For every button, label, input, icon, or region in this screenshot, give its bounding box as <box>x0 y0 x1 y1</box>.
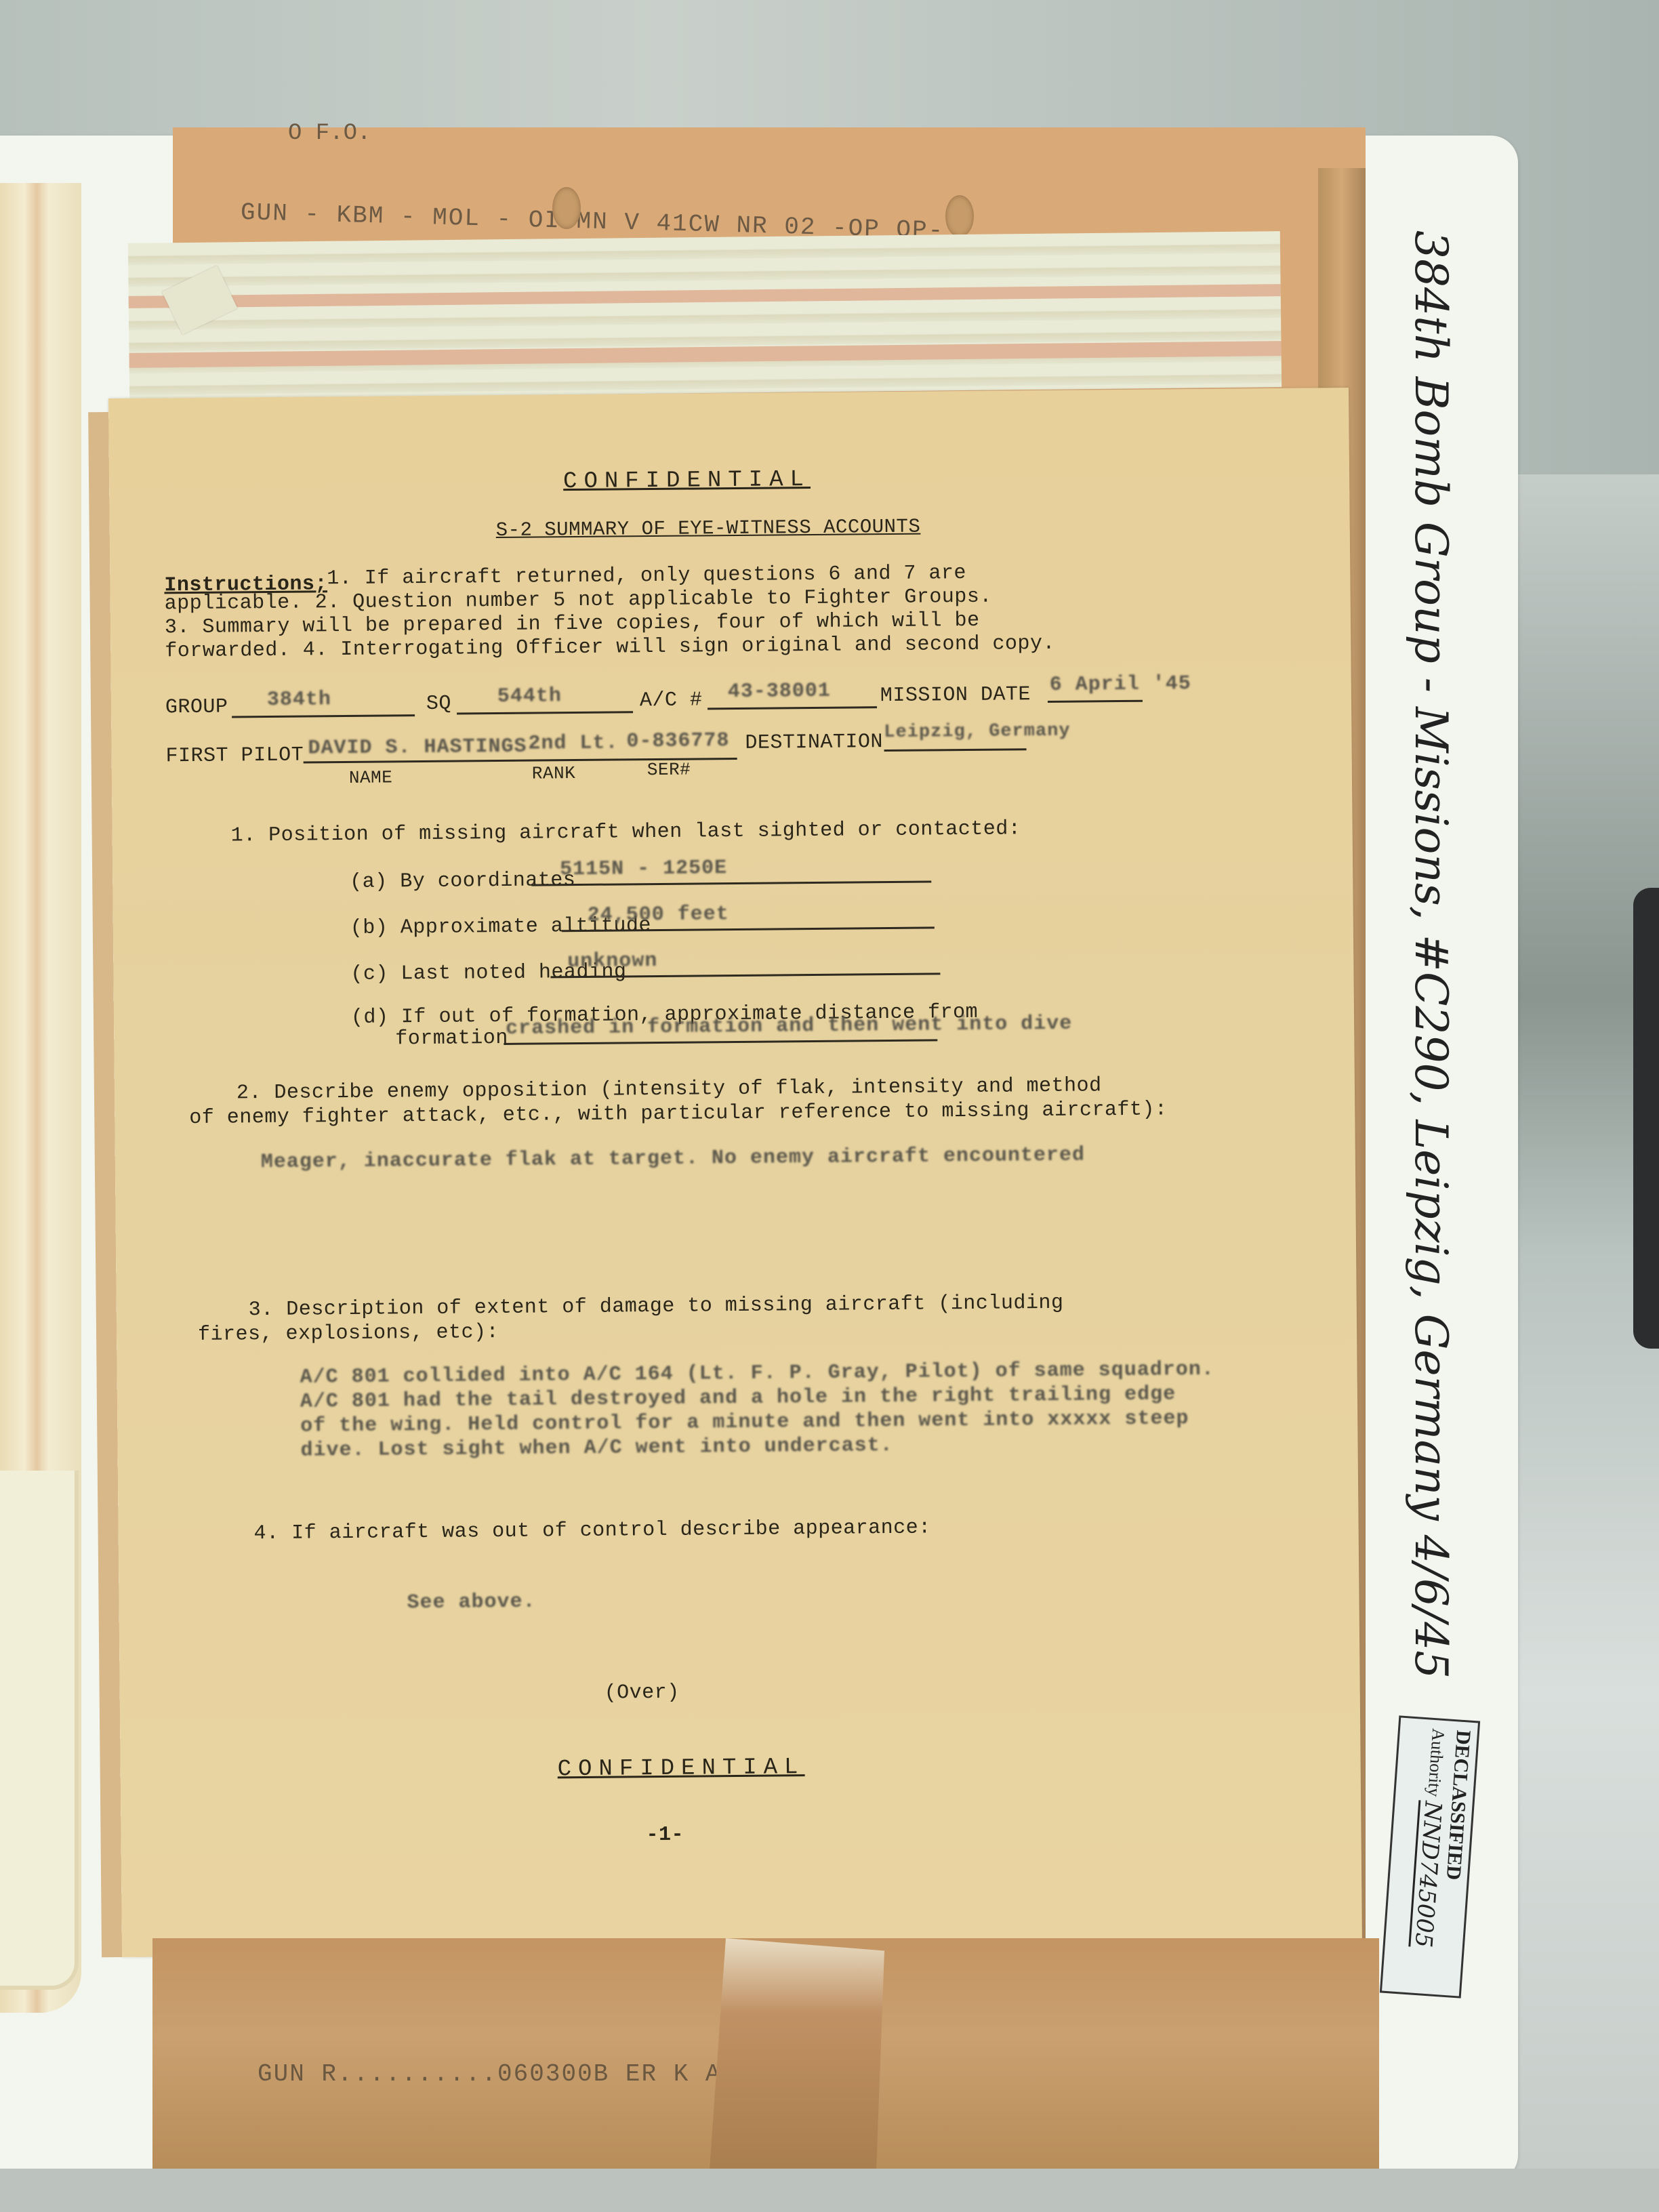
document-title: S-2 SUMMARY OF EYE-WITNESS ACCOUNTS <box>496 516 921 541</box>
dark-object-edge <box>1633 888 1659 1349</box>
over-note: (Over) <box>605 1681 680 1705</box>
sq-label: SQ <box>426 693 451 716</box>
sq-value: 544th <box>497 684 562 708</box>
field-underline <box>708 706 877 710</box>
mission-date-label: MISSION DATE <box>880 683 1031 708</box>
ac-value: 43-38001 <box>728 680 831 703</box>
field-underline <box>232 714 415 718</box>
page-number: -1- <box>646 1824 684 1847</box>
q1a-coordinates-value: 5115N - 1250E <box>560 857 727 881</box>
authority-label: Authority <box>1424 1727 1448 1797</box>
q1d-label-cont: formation <box>395 1027 508 1050</box>
stack-band <box>129 341 1282 368</box>
paper-clip <box>162 266 237 335</box>
q4-answer: See above. <box>407 1591 535 1615</box>
classification-bottom: CONFIDENTIAL <box>558 1755 805 1782</box>
question-3-cont: fires, explosions, etc): <box>198 1321 499 1347</box>
envelope-bottom-teletype: GUN R..........060300B ER K AR <box>258 2060 737 2088</box>
q1c-heading-value: unknown <box>567 949 657 973</box>
pilot-serial-value: 0-836778 <box>626 729 729 753</box>
q1b-altitude-value: 24,500 feet <box>588 903 729 927</box>
field-underline <box>531 880 931 886</box>
rank-caption: RANK <box>532 763 576 784</box>
torn-paper <box>708 1938 884 2189</box>
q1d-distance-value: crashed in formation and then went into … <box>506 1012 1072 1040</box>
pilot-rank-value: 2nd Lt. <box>528 731 618 755</box>
paper-stack-edges <box>128 231 1282 399</box>
eyewitness-summary-form: CONFIDENTIAL S-2 SUMMARY OF EYE-WITNESS … <box>108 388 1362 1957</box>
name-caption: NAME <box>349 767 393 788</box>
pilot-name-value: DAVID S. HASTINGS <box>308 735 527 760</box>
question-4: 4. If aircraft was out of control descri… <box>253 1517 930 1546</box>
destination-label: DESTINATION <box>745 731 883 755</box>
group-label: GROUP <box>165 696 228 720</box>
punch-hole <box>552 187 581 229</box>
field-underline <box>457 711 633 714</box>
question-3: 3. Description of extent of damage to mi… <box>249 1292 1064 1322</box>
field-underline <box>884 748 1027 752</box>
envelope-top-fragment: O F.O. <box>288 121 371 146</box>
envelope-bottom-flap: GUN R..........060300B ER K AR <box>152 1938 1379 2189</box>
field-underline <box>1048 700 1143 703</box>
q2-answer: Meager, inaccurate flak at target. No en… <box>261 1143 1085 1174</box>
table-surface <box>0 2169 1659 2212</box>
folder-handwritten-label: 384th Bomb Group - Missions, #C290, Leip… <box>1376 230 1457 1532</box>
ser-caption: SER# <box>647 760 691 781</box>
question-1: 1. Position of missing aircraft when las… <box>230 817 1021 847</box>
mission-date-value: 6 April '45 <box>1050 672 1191 697</box>
punch-hole <box>945 195 974 237</box>
classification-top: CONFIDENTIAL <box>563 467 811 495</box>
first-pilot-label: FIRST PILOT <box>165 744 304 769</box>
q1a-label: (a) By coordinates <box>350 869 575 894</box>
destination-value: Leipzig, Germany <box>884 721 1071 743</box>
q3-answer-line: dive. Lost sight when A/C went into unde… <box>300 1434 893 1462</box>
field-underline <box>504 1039 937 1045</box>
group-value: 384th <box>267 688 331 712</box>
adjacent-folder-stack <box>0 183 81 2013</box>
stack-band <box>129 284 1281 308</box>
ac-label: A/C # <box>640 689 703 712</box>
